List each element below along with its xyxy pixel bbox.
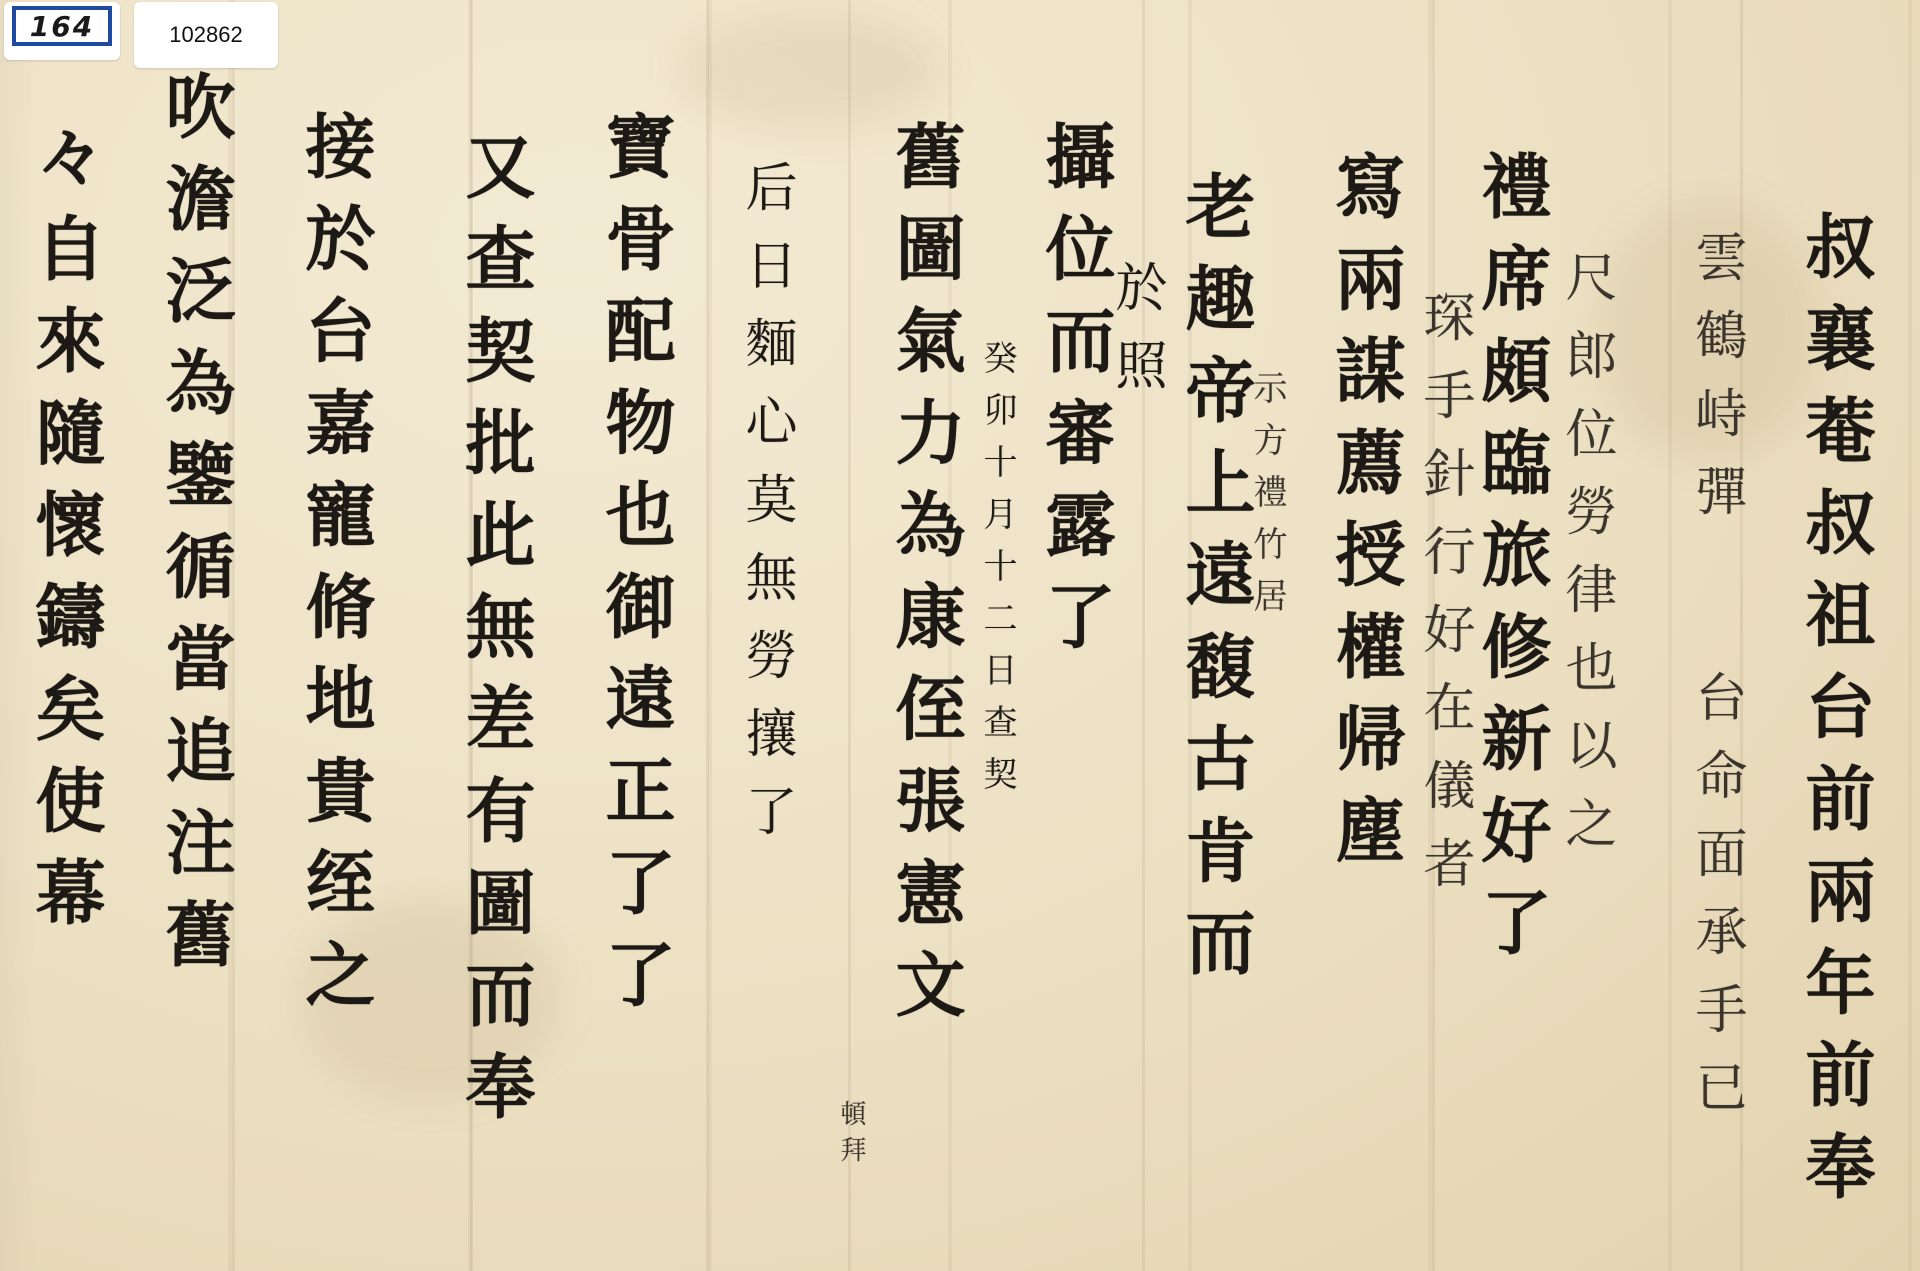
text-column: 老趣帝上遠馥古肯而: [1180, 170, 1250, 1230]
fold-line: [848, 0, 851, 1271]
text-column: 於照: [1110, 260, 1162, 460]
catalog-number: 164: [12, 6, 112, 46]
text-column: 雲鶴峙彈: [1690, 230, 1742, 670]
text-column: 台命面承手已: [1690, 670, 1742, 1190]
text-column: 寫兩謀薦授權帰塵: [1330, 150, 1400, 1250]
paper-stain: [680, 10, 940, 130]
text-column: 禮席頗臨旅修新好了: [1476, 150, 1546, 1210]
text-column: 叔襄菴叔祖台前兩年前奉: [1800, 210, 1870, 1260]
text-column: 吹澹泛為鑒循當追注舊: [160, 70, 230, 1230]
text-column: 寶骨配物也御遠正了了: [600, 110, 670, 1230]
fold-line: [1142, 0, 1145, 1271]
text-column: 琛手針行好在儀者: [1418, 290, 1470, 1190]
text-column: 尺郎位勞律也以之: [1560, 250, 1612, 1150]
fold-line: [706, 0, 709, 1271]
text-column: 々自來隨懷鑄矣使幕: [30, 120, 100, 1240]
text-column: 又查契批此無差有圖而奉: [460, 130, 530, 1230]
text-column: 后日麵心莫無勞攘了: [740, 160, 792, 1210]
text-column: 攝位而審露了: [1040, 120, 1110, 940]
text-column: 接於台嘉寵脩地貴绖之: [300, 110, 370, 1230]
closing-salutation: 頓拜: [838, 1100, 864, 1240]
accession-id-label: 102862: [134, 2, 278, 68]
catalog-number-label: 164: [4, 2, 120, 60]
signature-column: 舊圖氣力為康侄張憲文: [890, 120, 960, 1270]
dateline: 癸卯十月十二日查契: [980, 340, 1014, 1040]
